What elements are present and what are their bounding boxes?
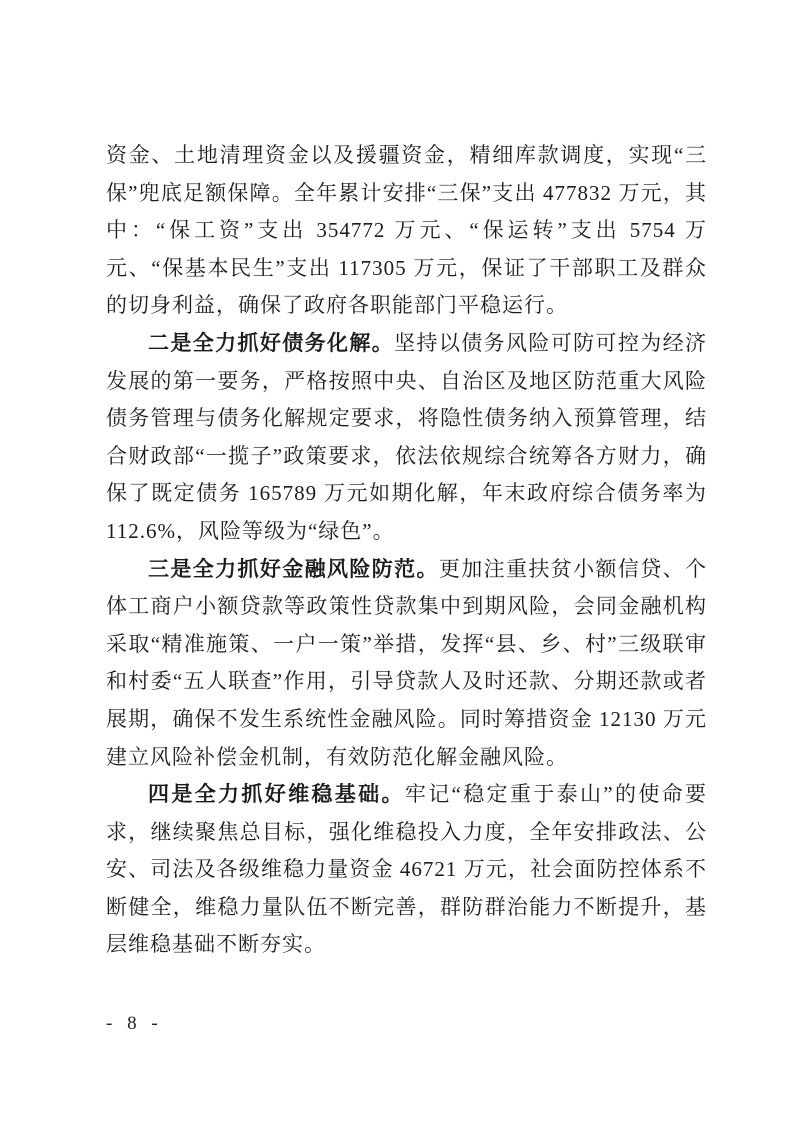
paragraph-text: 更加注重扶贫小额信贷、个体工商户小额贷款等政策性贷款集中到期风险，会同金融机构采… [106, 557, 707, 769]
paragraph-lead: 四是全力抓好维稳基础。 [148, 782, 405, 806]
document-page: 资金、土地清理资金以及援疆资金，精细库款调度，实现“三保”兜底足额保障。全年累计… [0, 0, 793, 1122]
paragraph-text: 牢记“稳定重于泰山”的使命要求，继续聚焦总目标，强化维稳投入力度，全年安排政法、… [106, 782, 707, 956]
paragraph-continuation: 资金、土地清理资金以及援疆资金，精细库款调度，实现“三保”兜底足额保障。全年累计… [106, 137, 707, 325]
paragraph-debt-resolution: 二是全力抓好债务化解。坚持以债务风险可防可控为经济发展的第一要务，严格按照中央、… [106, 325, 707, 551]
document-body: 资金、土地清理资金以及援疆资金，精细库款调度，实现“三保”兜底足额保障。全年累计… [106, 137, 707, 964]
paragraph-financial-risk: 三是全力抓好金融风险防范。更加注重扶贫小额信贷、个体工商户小额贷款等政策性贷款集… [106, 551, 707, 777]
paragraph-lead: 三是全力抓好金融风险防范。 [148, 557, 439, 581]
paragraph-lead: 二是全力抓好债务化解。 [148, 331, 394, 355]
paragraph-text: 资金、土地清理资金以及援疆资金，精细库款调度，实现“三保”兜底足额保障。全年累计… [106, 143, 707, 317]
page-number: - 8 - [106, 1013, 163, 1035]
paragraph-text: 坚持以债务风险可防可控为经济发展的第一要务，严格按照中央、自治区及地区防范重大风… [106, 331, 707, 543]
paragraph-stability-foundation: 四是全力抓好维稳基础。牢记“稳定重于泰山”的使命要求，继续聚焦总目标，强化维稳投… [106, 776, 707, 964]
